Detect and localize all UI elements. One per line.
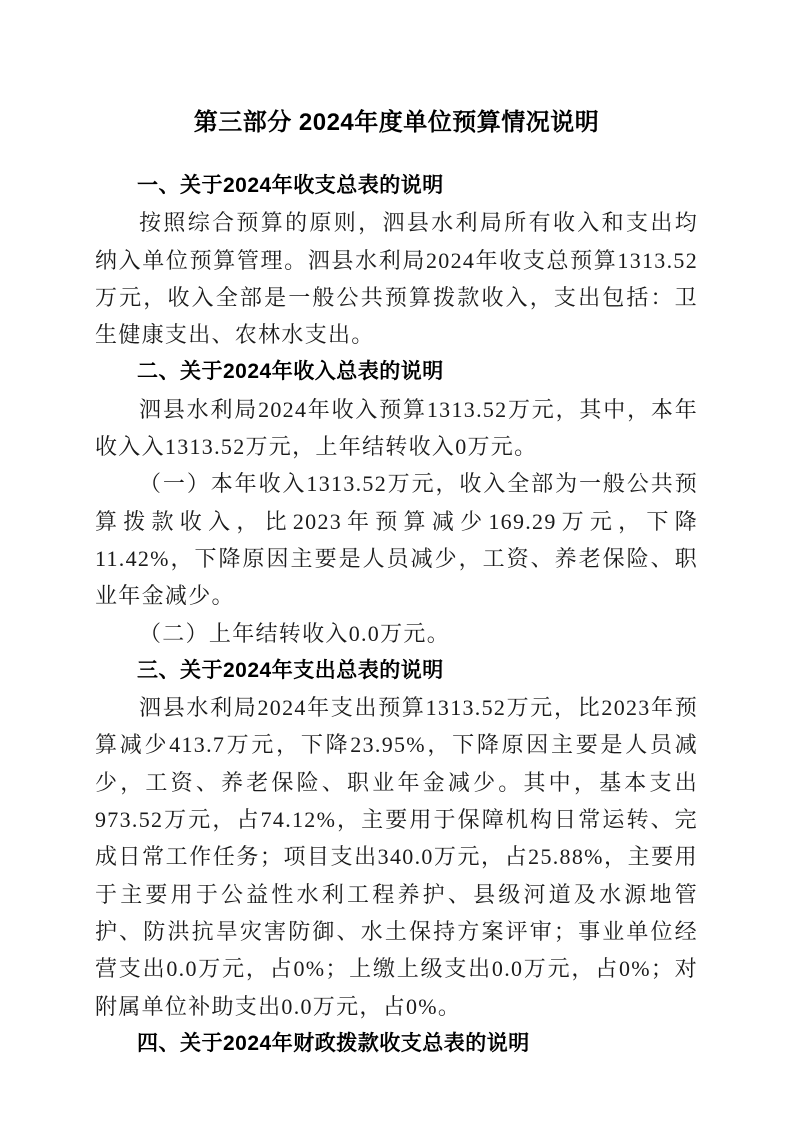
section-heading-expenditure-summary: 三、关于2024年支出总表的说明 — [95, 652, 698, 689]
paragraph-income-total: 泗县水利局2024年收入预算1313.52万元，其中，本年收入入1313.52万… — [95, 391, 698, 466]
paragraph-income-carryover: （二）上年结转收入0.0万元。 — [95, 615, 698, 652]
paragraph-income-expenditure-summary: 按照综合预算的原则，泗县水利局所有收入和支出均纳入单位预算管理。泗县水利局202… — [95, 204, 698, 353]
paragraph-expenditure-detail: 泗县水利局2024年支出预算1313.52万元，比2023年预算减少413.7万… — [95, 689, 698, 1025]
section-heading-income-expenditure-summary: 一、关于2024年收支总表的说明 — [95, 167, 698, 204]
paragraph-income-current-year: （一）本年收入1313.52万元，收入全部为一般公共预算拨款收入，比2023年预… — [95, 465, 698, 614]
document-title: 第三部分 2024年度单位预算情况说明 — [95, 103, 698, 143]
document-page: 第三部分 2024年度单位预算情况说明 一、关于2024年收支总表的说明 按照综… — [0, 0, 793, 1122]
section-heading-income-summary: 二、关于2024年收入总表的说明 — [95, 353, 698, 390]
section-heading-fiscal-appropriation-summary: 四、关于2024年财政拨款收支总表的说明 — [95, 1025, 698, 1062]
